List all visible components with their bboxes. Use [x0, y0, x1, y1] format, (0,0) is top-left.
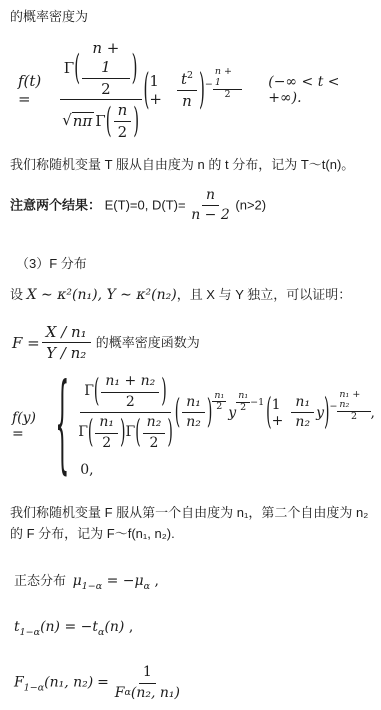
subscript: 1−α — [20, 627, 40, 638]
paren-open: ( — [266, 394, 271, 430]
exponent-fraction: n + 1 2 — [213, 67, 242, 101]
exponent-denominator: 2 — [225, 90, 231, 101]
fraction-denominator: Y / n₂ — [46, 343, 86, 363]
fraction-denominator: n — [182, 91, 192, 111]
t-results-note: 注意两个结果： E(T)=0, D(T)= n n − 2 (n>2) — [10, 187, 375, 225]
y-symbol: y — [316, 405, 324, 421]
ratio-power-term: ( n₁ n₂ ) n₁ 2 — [175, 394, 227, 432]
squared-superscript: 2 — [187, 70, 193, 82]
paren-group: ( 1 + n₁ n₂ y ) — [266, 394, 329, 432]
subscript: 1−α — [82, 581, 102, 592]
normal-label: 正态分布 — [14, 573, 70, 588]
domain-note: (−∞ < t < +∞). — [268, 74, 375, 106]
exponent-fraction: n₁ 2 — [212, 391, 226, 414]
n1-over-n2-fraction: n₁ n₂ — [291, 394, 314, 432]
main-fraction-denominator: √ nπ Γ ( n 2 ) — [62, 100, 139, 142]
fraction-numerator: n₁ — [95, 414, 118, 434]
f-definition-lhs: F = — [12, 334, 40, 352]
paren-open: ( — [175, 396, 180, 430]
piecewise-case-1: Γ ( n₁ + n₂ 2 ) Γ ( n₁ 2 — [76, 373, 375, 452]
setup-prefix: 设 — [10, 287, 27, 302]
t-quantile-identity: t1−α(n) = −tα(n) , — [14, 618, 375, 638]
fraction-numerator: n₁ — [291, 394, 314, 414]
n1-plus-n2-over-2-fraction: n₁ + n₂ 2 — [101, 373, 159, 411]
paren-close: ) — [161, 376, 166, 408]
n-over-2-fraction: n 2 — [114, 101, 132, 142]
piecewise-brace: { — [55, 372, 69, 479]
argument: (n₂, n₁) — [131, 685, 180, 703]
gamma-symbol: Γ — [64, 59, 74, 78]
fraction-numerator: n — [202, 187, 219, 207]
t-density-lhs: f(t) = — [18, 72, 58, 108]
equals-minus: = − — [102, 573, 134, 589]
condition-note: (n>2) — [235, 197, 266, 212]
variance-lhs: D(T)= — [152, 197, 186, 212]
fraction-numerator: n + 1 — [82, 39, 130, 79]
trailing-comma: , — [150, 573, 159, 589]
y-symbol: y — [228, 405, 236, 421]
fraction-denominator: n − 2 — [191, 206, 230, 225]
normal-quantile-identity: 正态分布 μ1−α = −μα , — [14, 570, 375, 592]
exponent: − n + 1 2 — [205, 67, 242, 101]
fraction-numerator: n₂ — [143, 414, 166, 434]
document-page: 的概率密度为 f(t) = Γ ( n + 1 2 ) √ nπ Γ ( — [0, 0, 381, 710]
argument: (n) — [40, 619, 60, 635]
fraction-denominator: 2 — [126, 393, 135, 412]
trailing-comma: , — [371, 405, 375, 421]
n2-over-2-fraction: n₂ 2 — [143, 414, 166, 452]
y-exponent: n₁ 2 −1 — [236, 391, 264, 414]
section-heading: （3）F 分布 — [16, 253, 375, 274]
expectation-result: E(T)=0, — [105, 197, 149, 212]
fraction-numerator: 1 — [139, 664, 156, 684]
n1-over-2-fraction: n₁ 2 — [95, 414, 118, 452]
paren-group: ( n₁ n₂ ) — [175, 394, 213, 432]
fraction-numerator: n₁ + n₂ — [101, 373, 159, 393]
paren-close: ) — [207, 396, 212, 430]
fraction-denominator: n₂ — [295, 413, 310, 432]
f-symbol: F — [115, 685, 125, 703]
mu-symbol: μ — [135, 573, 144, 589]
f-quantile-identity: F1−α(n₁, n₂) = 1 Fα(n₂, n₁) — [14, 664, 375, 702]
fraction-denominator: 2 — [102, 434, 111, 453]
radicand: nπ — [72, 112, 95, 130]
equals-sign: = — [97, 675, 109, 691]
main-fraction-numerator: Γ ( n + 1 2 ) — [60, 39, 142, 100]
fraction-denominator: 2 — [118, 122, 128, 142]
exponent-tail: −1 — [250, 397, 264, 408]
gamma-symbol: Γ — [78, 424, 88, 442]
one-plus: 1 + — [272, 397, 290, 429]
f-setup-sentence: 设 X ∼ κ²(n₁), Y ∼ κ²(n₂)，且 X 与 Y 独立，可以证明… — [10, 284, 375, 307]
paren-close: ) — [133, 104, 139, 139]
note-label: 注意两个结果： — [10, 197, 101, 212]
paren-close: ) — [324, 394, 329, 430]
paren-close: ) — [167, 417, 172, 449]
n-over-n-minus-2-fraction: n n − 2 — [191, 187, 230, 225]
gamma-symbol: Γ — [95, 112, 105, 131]
paren-open: ( — [74, 51, 80, 86]
piecewise-case-2: 0, — [80, 462, 93, 478]
radical-sign: √ — [62, 112, 72, 129]
f-definition-suffix: 的概率密度函数为 — [96, 332, 200, 353]
minus-sign: − — [329, 401, 337, 412]
paren-group: ( 1 + t 2 n ) — [144, 70, 205, 111]
paren-close: ) — [199, 69, 205, 111]
power-term: ( 1 + t 2 n ) − n + 1 2 — [144, 70, 243, 111]
exponent-numerator: n + 1 — [213, 67, 242, 90]
main-fraction-denominator: Γ ( n₁ 2 ) Γ ( n₂ 2 ) — [78, 413, 173, 452]
exponent-fraction: n₁ + n₂ 2 — [337, 390, 370, 424]
paren-close: ) — [120, 417, 125, 449]
f-distribution-paragraph: 我们称随机变量 F 服从第一个自由度为 n₁，第二个自由度为 n₂ 的 F 分布… — [10, 502, 372, 544]
gamma-ratio-fraction: Γ ( n₁ + n₂ 2 ) Γ ( n₁ 2 — [78, 373, 173, 452]
minus-sign: − — [205, 79, 213, 90]
f-density-formula: f(y) = { Γ ( n₁ + n₂ 2 ) Γ ( — [12, 373, 375, 478]
paren-open: ( — [135, 417, 140, 449]
argument: (n₁, n₂) — [44, 675, 93, 691]
paren-open: ( — [88, 417, 93, 449]
reciprocal-fraction: 1 Fα(n₂, n₁) — [115, 664, 180, 702]
exponent-fraction: n₁ 2 — [236, 391, 250, 414]
t-density-main-fraction: Γ ( n + 1 2 ) √ nπ Γ ( n 2 ) — [60, 39, 142, 142]
exponent-denominator: 2 — [351, 412, 357, 423]
fraction-numerator: X / n₁ — [42, 323, 91, 344]
exponent-numerator: n₁ + n₂ — [337, 390, 370, 413]
f-definition: F = X / n₁ Y / n₂ 的概率密度函数为 — [12, 323, 375, 364]
x-over-y-fraction: X / n₁ Y / n₂ — [42, 323, 91, 364]
exponent-denominator: 2 — [240, 403, 246, 414]
y-power-term: y n₁ 2 −1 — [228, 401, 264, 424]
main-fraction-numerator: Γ ( n₁ + n₂ 2 ) — [80, 373, 171, 413]
one-plus: 1 + — [149, 72, 175, 108]
fraction-denominator: 2 — [101, 79, 111, 99]
gamma-symbol: Γ — [84, 383, 94, 401]
subscript: 1−α — [24, 683, 44, 694]
fraction-numerator: t 2 — [177, 70, 197, 91]
gamma-symbol: Γ — [125, 424, 135, 442]
t-distribution-paragraph: 我们称随机变量 T 服从自由度为 n 的 t 分布，记为 T～t(n)。 — [10, 154, 372, 175]
sqrt-radical: √ nπ — [62, 112, 94, 130]
n-plus-1-over-2-fraction: n + 1 2 — [82, 39, 130, 98]
intro-line: 的概率密度为 — [10, 6, 375, 27]
equals-minus: = − — [60, 619, 92, 635]
paren-open: ( — [106, 104, 112, 139]
exponent-denominator: 2 — [216, 402, 222, 413]
paren-open: ( — [144, 69, 150, 111]
t-density-formula: f(t) = Γ ( n + 1 2 ) √ nπ Γ ( n — [18, 39, 375, 142]
f-symbol: F — [14, 675, 24, 691]
trailing-comma: , — [124, 619, 133, 635]
n1-over-n2-fraction: n₁ n₂ — [182, 394, 205, 432]
paren-open: ( — [94, 376, 99, 408]
fraction-denominator: Fα(n₂, n₁) — [115, 684, 180, 703]
one-plus-power-term: ( 1 + n₁ n₂ y ) − n₁ + n₂ 2 — [266, 394, 370, 432]
fraction-denominator: 2 — [150, 434, 159, 453]
piecewise-cases: Γ ( n₁ + n₂ 2 ) Γ ( n₁ 2 — [76, 373, 375, 478]
setup-suffix: ，且 X 与 Y 独立，可以证明： — [177, 287, 352, 302]
paren-close: ) — [132, 51, 138, 86]
t-squared-over-n-fraction: t 2 n — [177, 70, 197, 111]
fraction-denominator: n₂ — [186, 413, 201, 432]
fraction-numerator: n₁ — [182, 394, 205, 414]
exponent: − n₁ + n₂ 2 — [329, 390, 370, 424]
f-density-lhs: f(y) = — [12, 410, 51, 442]
mu-symbol: μ — [73, 573, 82, 589]
chi-square-assumptions: X ∼ κ²(n₁), Y ∼ κ²(n₂) — [27, 287, 177, 303]
argument: (n) — [104, 619, 124, 635]
fraction-numerator: n — [114, 101, 132, 122]
